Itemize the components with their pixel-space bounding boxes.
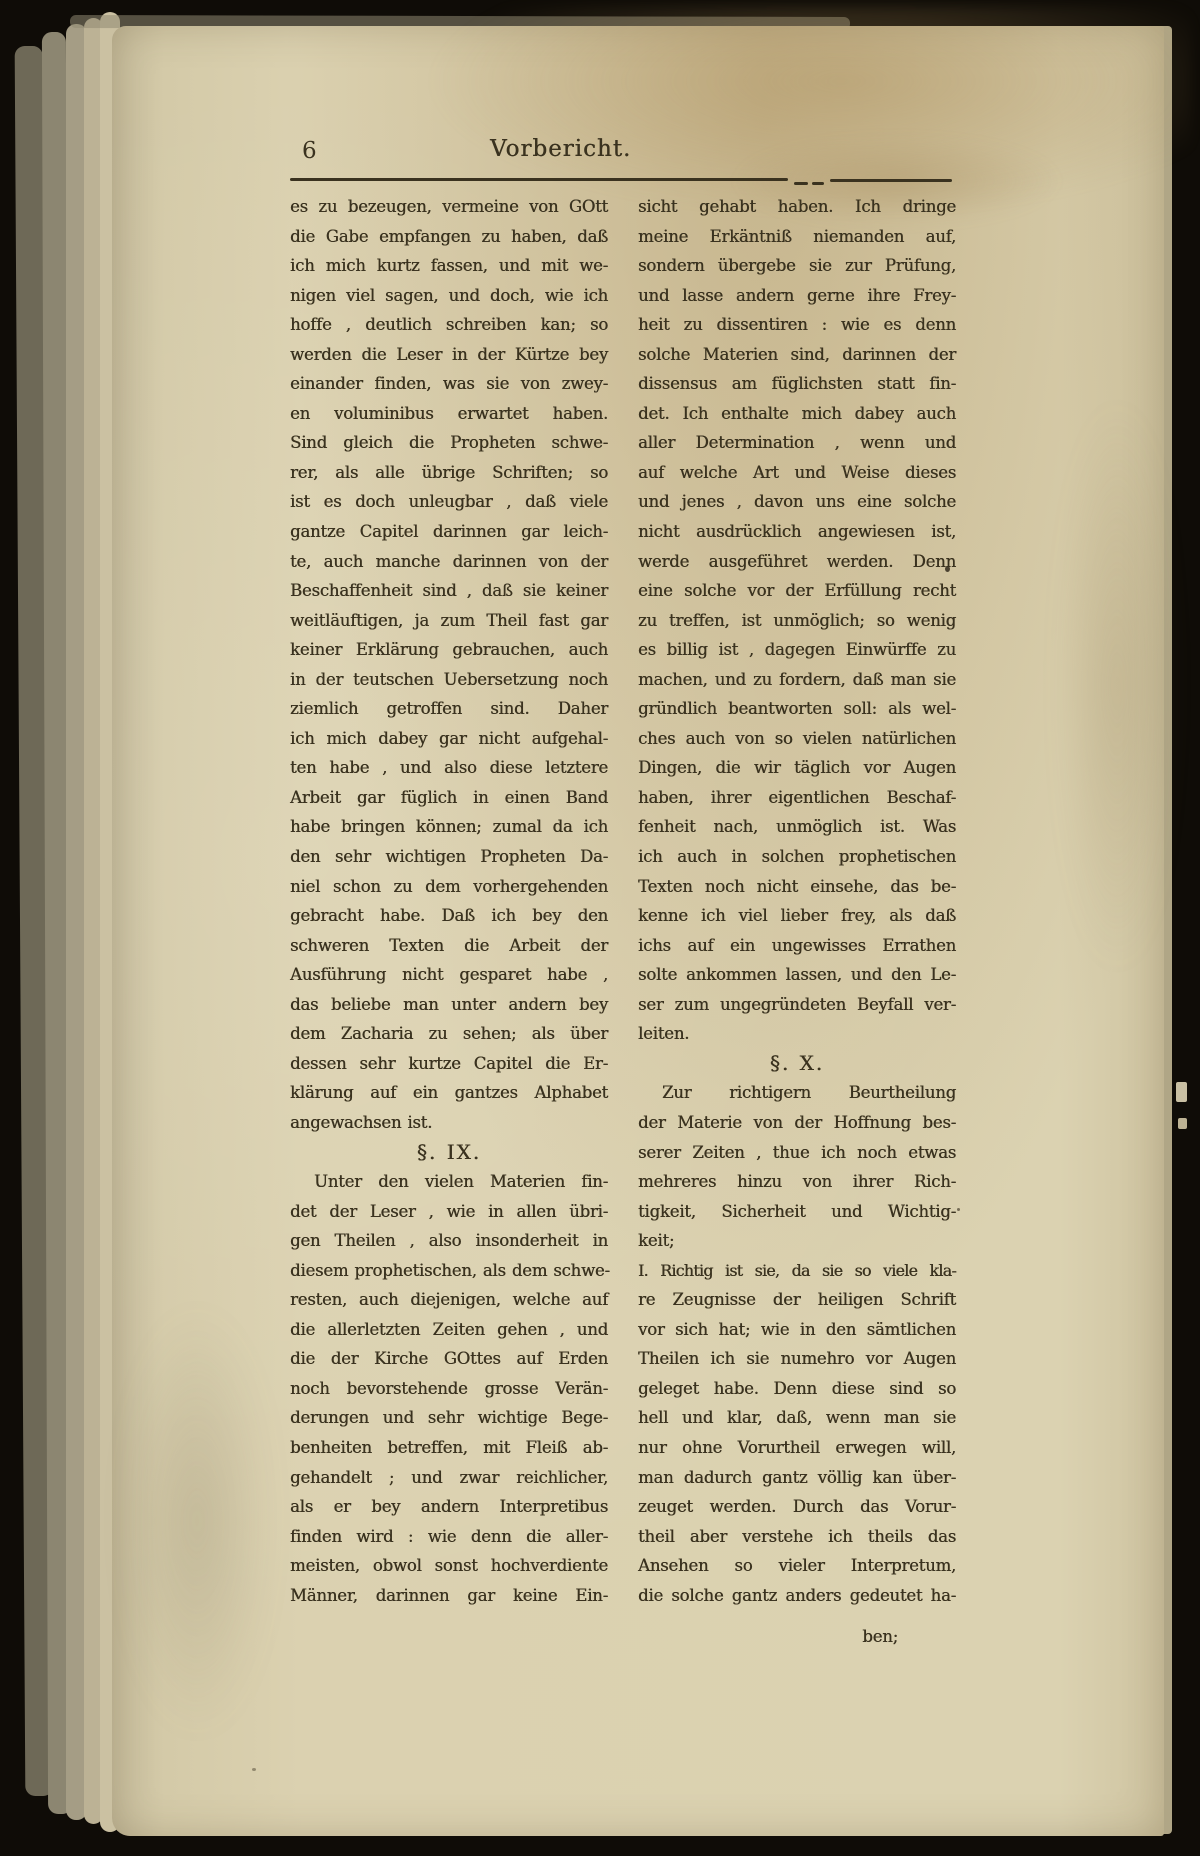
- text-line: den sehr wichtigen Propheten Da-: [290, 842, 608, 872]
- text-line: vor sich hat; wie in den sämtlichen: [638, 1315, 956, 1345]
- text-line: man dadurch gantz völlig kan über-: [638, 1463, 956, 1493]
- text-line: sicht gehabt haben. Ich dringe: [638, 192, 956, 222]
- text-line: heit zu dissentiren : wie es denn: [638, 310, 956, 340]
- text-line: te, auch manche darinnen von der: [290, 547, 608, 577]
- text-column-left: es zu bezeugen, vermeine von GOttdie Gab…: [290, 192, 608, 1610]
- text-line: Arbeit gar füglich in einen Band: [290, 783, 608, 813]
- text-line: gantze Capitel darinnen gar leich-: [290, 517, 608, 547]
- text-line: solche Materien sind, darinnen der: [638, 340, 956, 370]
- section-heading: §. X.: [638, 1049, 956, 1079]
- text-line: aller Determination , wenn und: [638, 428, 956, 458]
- book-scan: 6 Vorbericht. es zu bezeugen, vermeine v…: [0, 0, 1200, 1856]
- text-line: gebracht habe. Daß ich bey den: [290, 901, 608, 931]
- page-number: 6: [302, 138, 317, 164]
- text-line: det der Leser , wie in allen übri-: [290, 1197, 608, 1227]
- text-line: auf welche Art und Weise dieses: [638, 458, 956, 488]
- text-line: Dingen, die wir täglich vor Augen: [638, 753, 956, 783]
- text-line: mehreres hinzu von ihrer Rich-: [638, 1167, 956, 1197]
- book-page: 6 Vorbericht. es zu bezeugen, vermeine v…: [112, 26, 1164, 1836]
- text-line: zeuget werden. Durch das Vorur-: [638, 1492, 956, 1522]
- text-line: finden wird : wie denn die aller-: [290, 1522, 608, 1552]
- text-line: Beschaffenheit sind , daß sie keiner: [290, 576, 608, 606]
- header-rule: [812, 182, 824, 185]
- text-line: theil aber verstehe ich theils das: [638, 1522, 956, 1552]
- header-rule: [830, 179, 952, 182]
- text-line: werde ausgeführet werden. Denn: [638, 547, 956, 577]
- text-line: leiten.: [638, 1019, 956, 1049]
- text-line: das beliebe man unter andern bey: [290, 990, 608, 1020]
- text-line: es zu bezeugen, vermeine von GOtt: [290, 192, 608, 222]
- text-line: der Materie von der Hoffnung bes-: [638, 1108, 956, 1138]
- text-line: weitläuftigen, ja zum Theil fast gar: [290, 606, 608, 636]
- catchword: ben;: [638, 1622, 956, 1652]
- text-line: niel schon zu dem vorhergehenden: [290, 872, 608, 902]
- page-title: Vorbericht.: [490, 136, 631, 162]
- text-line: geleget habe. Denn diese sind so: [638, 1374, 956, 1404]
- text-line: haben, ihrer eigentlichen Beschaf-: [638, 783, 956, 813]
- text-line: det. Ich enthalte mich dabey auch: [638, 399, 956, 429]
- header-rule: [794, 182, 808, 185]
- page-edge-mark: [1176, 1082, 1187, 1102]
- text-line: re Zeugnisse der heiligen Schrift: [638, 1285, 956, 1315]
- ink-speck: [252, 1768, 256, 1771]
- text-line: fenheit nach, unmöglich ist. Was: [638, 812, 956, 842]
- text-line: ches auch von so vielen natürlichen: [638, 724, 956, 754]
- paper-stain: [1062, 406, 1172, 966]
- page-edge-mark: [1178, 1118, 1187, 1129]
- text-line: dessen sehr kurtze Capitel die Er-: [290, 1049, 608, 1079]
- text-line: gehandelt ; und zwar reichlicher,: [290, 1463, 608, 1493]
- text-line: und lasse andern gerne ihre Frey-: [638, 281, 956, 311]
- text-line: ichs auf ein ungewisses Errathen: [638, 931, 956, 961]
- text-line: nigen viel sagen, und doch, wie ich: [290, 281, 608, 311]
- text-line: als er bey andern Interpretibus: [290, 1492, 608, 1522]
- text-line: Theilen ich sie numehro vor Augen: [638, 1344, 956, 1374]
- text-line: ziemlich getroffen sind. Daher: [290, 694, 608, 724]
- header-rule: [290, 178, 788, 181]
- text-line: keiner Erklärung gebrauchen, auch: [290, 635, 608, 665]
- text-line: ich mich kurtz fassen, und mit we-: [290, 251, 608, 281]
- text-line: serer Zeiten , thue ich noch etwas: [638, 1138, 956, 1168]
- text-line: Zur richtigern Beurtheilung: [638, 1078, 956, 1108]
- text-line: die der Kirche GOttes auf Erden: [290, 1344, 608, 1374]
- text-line: gen Theilen , also insonderheit in: [290, 1226, 608, 1256]
- text-line: machen, und zu fordern, daß man sie: [638, 665, 956, 695]
- section-heading: §. IX.: [290, 1138, 608, 1168]
- text-line: keit;: [638, 1226, 956, 1256]
- text-line: Ansehen so vieler Interpretum,: [638, 1551, 956, 1581]
- text-line: resten, auch diejenigen, welche auf: [290, 1285, 608, 1315]
- text-line: nur ohne Vorurtheil erwegen will,: [638, 1433, 956, 1463]
- text-line: hoffe , deutlich schreiben kan; so: [290, 310, 608, 340]
- text-line: hell und klar, daß, wenn man sie: [638, 1403, 956, 1433]
- text-line: benheiten betreffen, mit Fleiß ab-: [290, 1433, 608, 1463]
- text-line: gründlich beantworten soll: als wel-: [638, 694, 956, 724]
- text-line: Unter den vielen Materien fin-: [290, 1167, 608, 1197]
- text-line: die allerletzten Zeiten gehen , und: [290, 1315, 608, 1345]
- text-line: in der teutschen Uebersetzung noch: [290, 665, 608, 695]
- text-line: ich auch in solchen prophetischen: [638, 842, 956, 872]
- text-line: Männer, darinnen gar keine Ein-: [290, 1581, 608, 1611]
- text-line: habe bringen können; zumal da ich: [290, 812, 608, 842]
- text-line: angewachsen ist.: [290, 1108, 608, 1138]
- text-line: Sind gleich die Propheten schwe-: [290, 428, 608, 458]
- text-line: eine solche vor der Erfüllung recht: [638, 576, 956, 606]
- text-line: werden die Leser in der Kürtze bey: [290, 340, 608, 370]
- text-line: diesem prophetischen, als dem schwe-: [290, 1256, 608, 1286]
- ink-speck: [957, 1208, 960, 1211]
- paper-stain: [412, 6, 1192, 221]
- text-column-right: sicht gehabt haben. Ich dringemeine Erkä…: [638, 192, 956, 1652]
- text-line: zu treffen, ist unmöglich; so wenig: [638, 606, 956, 636]
- text-line: dem Zacharia zu sehen; als über: [290, 1019, 608, 1049]
- text-line: schweren Texten die Arbeit der: [290, 931, 608, 961]
- text-line: noch bevorstehende grosse Verän-: [290, 1374, 608, 1404]
- text-line: meine Erkäntniß niemanden auf,: [638, 222, 956, 252]
- text-line: Texten noch nicht einsehe, das be-: [638, 872, 956, 902]
- text-line: es billig ist , dagegen Einwürffe zu: [638, 635, 956, 665]
- text-line: tigkeit, Sicherheit und Wichtig-: [638, 1197, 956, 1227]
- paper-stain: [122, 1306, 272, 1736]
- text-line: einander finden, was sie von zwey-: [290, 369, 608, 399]
- text-line: sondern übergebe sie zur Prüfung,: [638, 251, 956, 281]
- text-line: die Gabe empfangen zu haben, daß: [290, 222, 608, 252]
- text-line: klärung auf ein gantzes Alphabet: [290, 1078, 608, 1108]
- text-line: en voluminibus erwartet haben.: [290, 399, 608, 429]
- text-line: und jenes , davon uns eine solche: [638, 487, 956, 517]
- text-line: ich mich dabey gar nicht aufgehal-: [290, 724, 608, 754]
- text-line: ist es doch unleugbar , daß viele: [290, 487, 608, 517]
- text-line: rer, als alle übrige Schriften; so: [290, 458, 608, 488]
- text-line: derungen und sehr wichtige Bege-: [290, 1403, 608, 1433]
- text-line: die solche gantz anders gedeutet ha-: [638, 1581, 956, 1611]
- text-line: dissensus am füglichsten statt fin-: [638, 369, 956, 399]
- text-line: nicht ausdrücklich angewiesen ist,: [638, 517, 956, 547]
- text-line: kenne ich viel lieber frey, als daß: [638, 901, 956, 931]
- text-line: I. Richtig ist sie, da sie so viele kla-: [638, 1256, 956, 1286]
- text-line: meisten, obwol sonst hochverdiente: [290, 1551, 608, 1581]
- text-line: ten habe , und also diese letztere: [290, 753, 608, 783]
- text-line: ser zum ungegründeten Beyfall ver-: [638, 990, 956, 1020]
- text-line: Ausführung nicht gesparet habe ,: [290, 960, 608, 990]
- text-line: solte ankommen lassen, und den Le-: [638, 960, 956, 990]
